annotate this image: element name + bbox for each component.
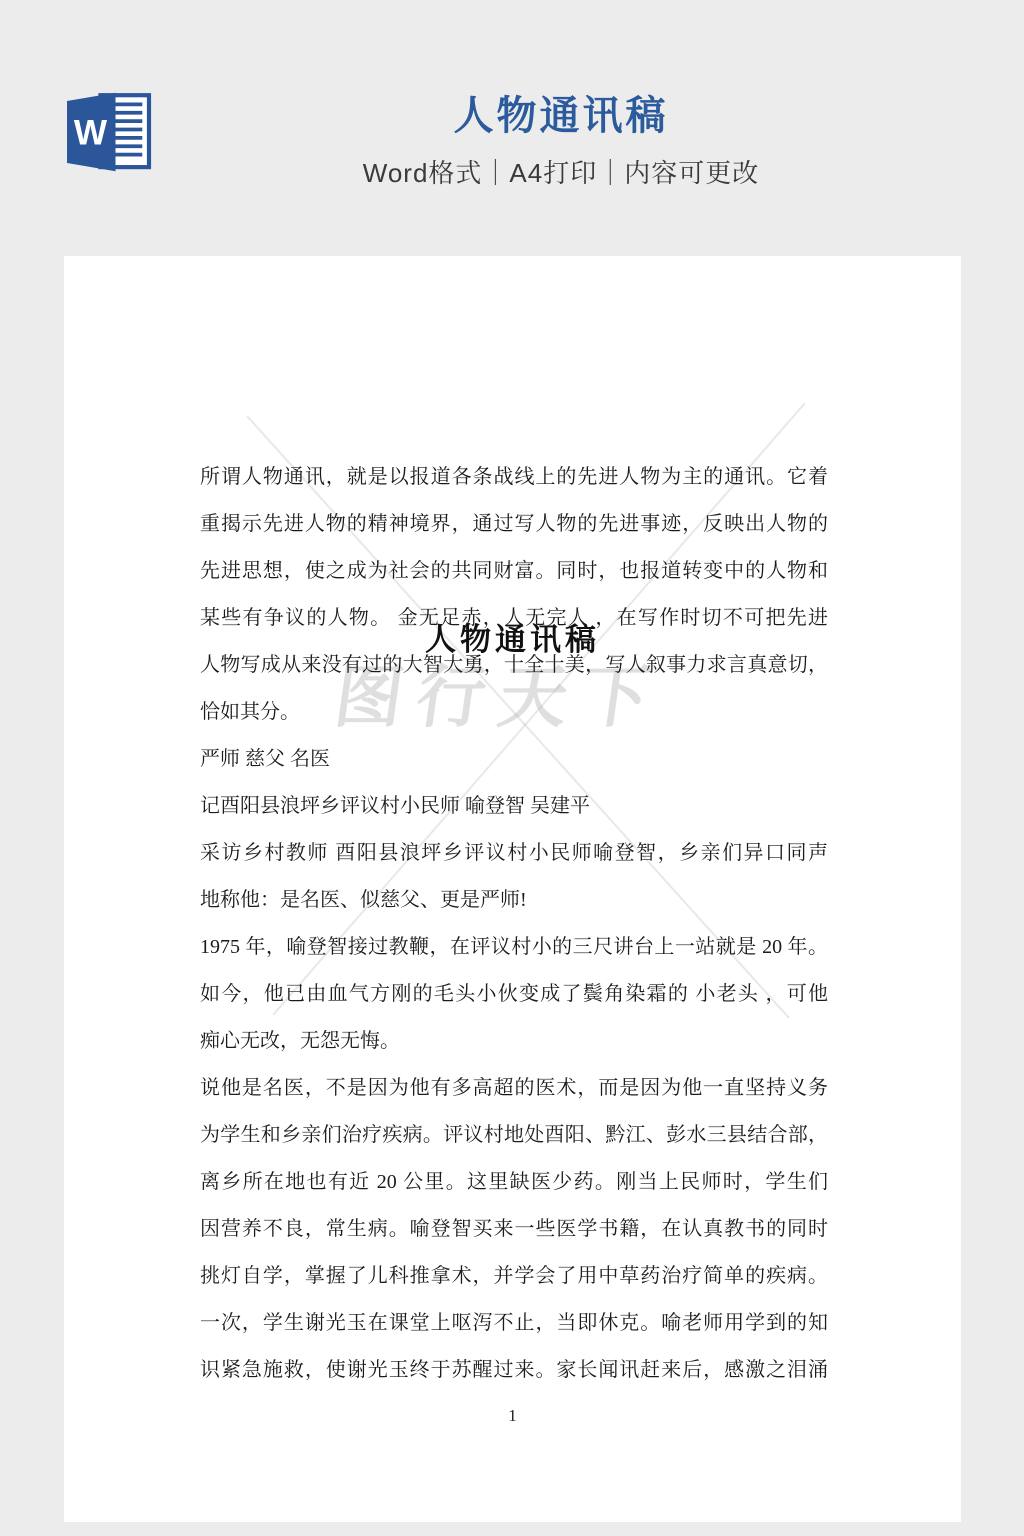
document-body: 所谓人物通讯，就是以报道各条战线上的先进人物为主的通讯。它着重揭示先进人物的精神… (200, 454, 828, 1394)
header-text: 人物通讯稿 Word格式｜A4打印｜内容可更改 (0, 94, 1024, 190)
text-line: 因营养不良，常生病。喻登智买来一些医学书籍，在认真教书的同时 (200, 1206, 828, 1253)
text-line: 某些有争议的人物。 金无足赤，人无完人 ，在写作时切不可把先进 (200, 595, 828, 642)
template-preview-screen: W 人物通讯稿 Word格式｜A4打印｜内容可更改 图行天下 人物通讯稿 所谓人… (0, 0, 1024, 1536)
text-line: 1975 年，喻登智接过教鞭，在评议村小的三尺讲台上一站就是 20 年。 (200, 924, 828, 971)
text-line: 所谓人物通讯，就是以报道各条战线上的先进人物为主的通讯。它着 (200, 454, 828, 501)
text-line: 重揭示先进人物的精神境界，通过写人物的先进事迹，反映出人物的 (200, 501, 828, 548)
text-line: 采访乡村教师 酉阳县浪坪乡评议村小民师喻登智，乡亲们异口同声 (200, 830, 828, 877)
text-line: 恰如其分。 (200, 689, 828, 736)
text-line: 记酉阳县浪坪乡评议村小民师 喻登智 吴建平 (200, 783, 828, 830)
text-line: 挑灯自学，掌握了儿科推拿术，并学会了用中草药治疗简单的疾病。 (200, 1253, 828, 1300)
text-line: 如今，他已由血气方刚的毛头小伙变成了鬓角染霜的 小老头 ，可他 (200, 971, 828, 1018)
page-number: 1 (64, 1406, 961, 1426)
text-line: 严师 慈父 名医 (200, 736, 828, 783)
header-subtitle: Word格式｜A4打印｜内容可更改 (98, 153, 1024, 190)
text-line: 识紧急施救，使谢光玉终于苏醒过来。家长闻讯赶来后，感激之泪涌 (200, 1347, 828, 1394)
header-title: 人物通讯稿 (98, 94, 1024, 138)
text-line: 说他是名医，不是因为他有多高超的医术，而是因为他一直坚持义务 (200, 1065, 828, 1112)
document-page: 图行天下 人物通讯稿 所谓人物通讯，就是以报道各条战线上的先进人物为主的通讯。它… (64, 256, 961, 1522)
header: W 人物通讯稿 Word格式｜A4打印｜内容可更改 (0, 0, 1024, 256)
text-line: 为学生和乡亲们治疗疾病。评议村地处酉阳、黔江、彭水三县结合部， (200, 1112, 828, 1159)
text-line: 离乡所在地也有近 20 公里。这里缺医少药。刚当上民师时，学生们 (200, 1159, 828, 1206)
text-line: 一次，学生谢光玉在课堂上呕泻不止，当即休克。喻老师用学到的知 (200, 1300, 828, 1347)
text-line: 人物写成从来没有过的大智大勇，十全十美，写人叙事力求言真意切， (200, 642, 828, 689)
text-line: 先进思想，使之成为社会的共同财富。同时，也报道转变中的人物和 (200, 548, 828, 595)
text-line: 痴心无改，无怨无悔。 (200, 1018, 828, 1065)
text-line: 地称他：是名医、似慈父、更是严师! (200, 877, 828, 924)
